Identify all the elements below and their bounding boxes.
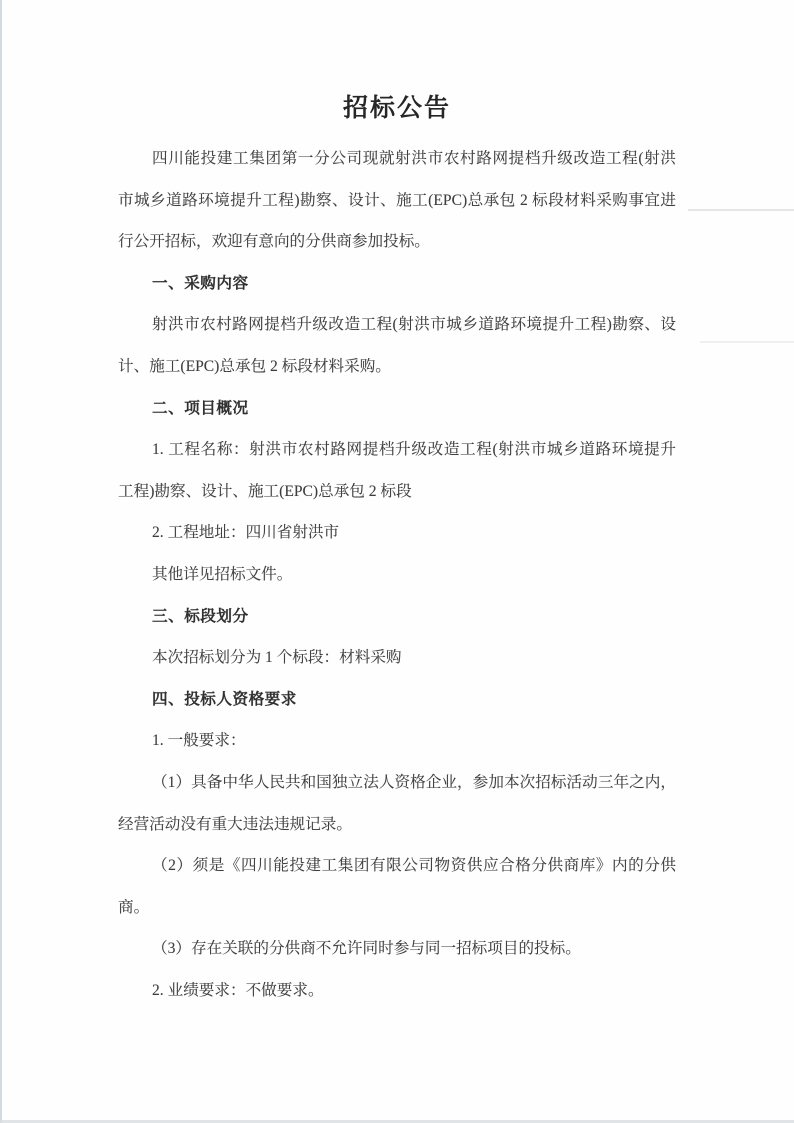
paragraph-line: 市城乡道路环境提升工程)勘察、设计、施工(EPC)总承包 2 标段材料采购事宜进	[118, 180, 676, 222]
paragraph-line: 行公开招标，欢迎有意向的分供商参加投标。	[118, 221, 676, 263]
paragraph-line: 其他详见招标文件。	[118, 554, 676, 596]
doc-body: 四川能投建工集团第一分公司现就射洪市农村路网提档升级改造工程(射洪 市城乡道路环…	[118, 138, 676, 1011]
section-heading-procurement-content: 一、采购内容	[118, 263, 676, 305]
paragraph-line: （3）存在关联的分供商不允许同时参与同一招标项目的投标。	[118, 928, 676, 970]
paragraph-line: 2. 业绩要求：不做要求。	[118, 970, 676, 1012]
section-heading-lot-division: 三、标段划分	[118, 596, 676, 638]
section-heading-project-overview: 二、项目概况	[118, 388, 676, 430]
section-heading-bidder-qualification: 四、投标人资格要求	[118, 679, 676, 721]
paragraph-line: 本次招标划分为 1 个标段：材料采购	[118, 637, 676, 679]
paragraph-line: 1. 一般要求：	[118, 720, 676, 762]
paragraph-line: （2）须是《四川能投建工集团有限公司物资供应合格分供商库》内的分供	[118, 845, 676, 887]
doc-title: 招标公告	[0, 0, 794, 128]
paragraph-line: 计、施工(EPC)总承包 2 标段材料采购。	[118, 346, 676, 388]
paragraph-line: 工程)勘察、设计、施工(EPC)总承包 2 标段	[118, 471, 676, 513]
paragraph-line: 四川能投建工集团第一分公司现就射洪市农村路网提档升级改造工程(射洪	[118, 138, 676, 180]
paragraph-line: 经营活动没有重大违法违规记录。	[118, 804, 676, 846]
scan-smudge-artifact	[688, 209, 794, 211]
document-page: 招标公告 四川能投建工集团第一分公司现就射洪市农村路网提档升级改造工程(射洪 市…	[0, 0, 794, 1123]
paragraph-line: 2. 工程地址：四川省射洪市	[118, 512, 676, 554]
paragraph-line: 射洪市农村路网提档升级改造工程(射洪市城乡道路环境提升工程)勘察、设	[118, 304, 676, 346]
paragraph-line: （1）具备中华人民共和国独立法人资格企业，参加本次招标活动三年之内，	[118, 762, 676, 804]
paragraph-line: 1. 工程名称：射洪市农村路网提档升级改造工程(射洪市城乡道路环境提升	[118, 429, 676, 471]
paragraph-line: 商。	[118, 887, 676, 929]
scan-left-edge-artifact	[0, 0, 2, 1123]
scan-smudge-artifact	[700, 341, 794, 343]
